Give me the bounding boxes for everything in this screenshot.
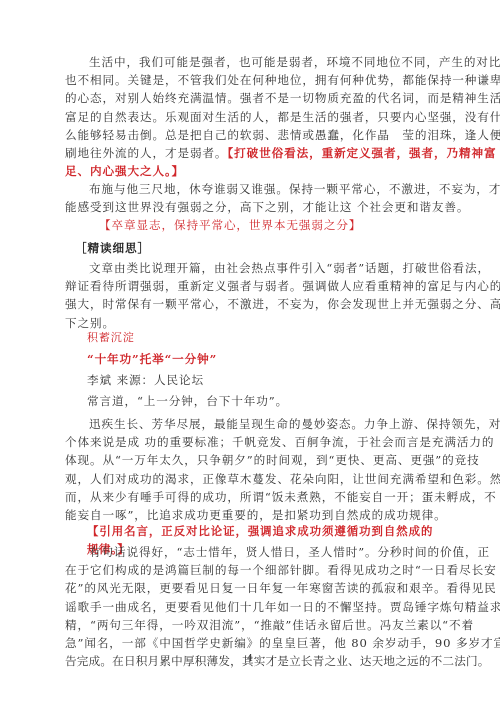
text-line: 能感受到这世界没有强弱之分，高下之别，才能让这 个社会更和谐友善。 [65, 198, 433, 216]
annotation-red: 【打破世俗看法，重新定义强者，强者，乃精神富 [227, 146, 496, 160]
document-page: 生活中，我们可能是强者，也可能是弱者，环境不同地位不同，产生的对比 也不相同。关… [0, 0, 500, 707]
text-line: 辩证看待所谓强弱，重新定义强者与弱者。强调做人应看重精神的富足与内心的 [65, 277, 433, 295]
text-line: 谣歌手一曲成名，更要看见他们十几年如一日的不懈坚持。贾岛锤字炼句精益求 [65, 598, 433, 616]
annotation-red: 足、内心强大之人。】 [65, 162, 433, 180]
text-line: 精，“两句三年得，一吟双泪流”，“推敲”佳话永留后世。冯友兰素以“不着 [65, 616, 433, 634]
text-line: 富足的自然表达。乐观面对生活的人，都是生活的强者，只要内心坚强，没有什 [65, 108, 433, 126]
text-line: 体现。从“一万年太久，只争朝夕”的时间观，到“更快、更高、更强”的竞技 [65, 451, 433, 469]
text-line: 刷地往外流的人，才是弱者。【打破世俗看法，重新定义强者，强者，乃精神富 [65, 144, 433, 162]
text-line: 文章由类比说理开篇，由社会热点事件引入“弱者”话题，打破世俗看法， [65, 259, 433, 277]
annotation-conclusion: 【卒章显志，保持平常心，世界本无强弱之分】 [65, 216, 433, 234]
paragraph-success: 迅疾生长、芳华尽展，最能呈现生命的曼妙姿态。力争上游、保持领先，对 个体来说是成… [65, 415, 433, 524]
text-line: 个体来说是成 功的重要标准；千帆竞发、百舸争流，于社会而言是充满活力的 [65, 433, 433, 451]
category-label: 积蓄沉淀 [65, 329, 433, 347]
paragraph-strong-weak: 生活中，我们可能是强者，也可能是弱者，环境不同地位不同，产生的对比 也不相同。关… [65, 53, 433, 180]
page-number: 4 [0, 654, 500, 664]
paragraph-quote: 常言道，“上一分钟，台下十年功”。 [65, 392, 433, 410]
text-line: 也不相同。关键是，不管我们处在何种地位，拥有何种优势，都能保持一种谦卑 [65, 71, 433, 89]
text-line: 的心态，对别人始终充满温情。强者不是一切物质充盈的代名词，而是精神生活 [65, 89, 433, 107]
text-line: 观，人们对成功的渴求，正像草木蔓发、花朵向阳，让世间充满希望和色彩。然 [65, 470, 433, 488]
text-line: 布施与他三尺地，休夸谁弱又谁强。保持一颗平常心，不激进，不妄为，才 [65, 180, 433, 198]
section-heading: ［精读细思］ [65, 239, 443, 257]
paragraph-time: 有句话说得好，“志士惜年，贤人惜日，圣人惜时”。分秒时间的价值，正 在于它们构成… [65, 543, 433, 670]
text-line: 而，从来少有唾手可得的成功，所谓“饭未煮熟，不能妄自一开；蛋未孵成，不 [65, 488, 433, 506]
byline: 李斌 来源：人民论坛 [65, 371, 433, 389]
text-line: 急”闻名，一部《中国哲学史新编》的皇皇巨著，他 80 余岁动手，90 多岁才宣 [65, 634, 433, 652]
paragraph-analysis: 文章由类比说理开篇，由社会热点事件引入“弱者”话题，打破世俗看法， 辩证看待所谓… [65, 259, 433, 332]
text-line: 花”的风光无限，更要看见日复一日年复一年寒窗苦读的孤寂和艰辛。看得见民 [65, 579, 433, 597]
paragraph-conclusion: 布施与他三尺地，休夸谁弱又谁强。保持一颗平常心，不激进，不妄为，才 能感受到这世… [65, 180, 433, 216]
text-line: 有句话说得好，“志士惜年，贤人惜日，圣人惜时”。分秒时间的价值，正 [65, 543, 433, 561]
article-title: “十年功”托举“一分钟” [65, 350, 433, 368]
text-line: 么能够轻易击倒。总是把自己的软弱、悲情或愚蠢，化作晶 莹的泪珠，逢人便 [65, 126, 433, 144]
text-line: 在于它们构成的是鸿篇巨制的每一个细部针脚。看得见成功之时“一日看尽长安 [65, 561, 433, 579]
text-segment: 刷地往外流的人，才是弱者。 [65, 146, 227, 160]
text-line: 生活中，我们可能是强者，也可能是弱者，环境不同地位不同，产生的对比 [65, 53, 433, 71]
text-line: 迅疾生长、芳华尽展，最能呈现生命的曼妙姿态。力争上游、保持领先，对 [65, 415, 433, 433]
text-line: 强大，时常保有一颗平常心，不激进，不妄为，你会发现世上并无强弱之分、高 [65, 295, 433, 313]
